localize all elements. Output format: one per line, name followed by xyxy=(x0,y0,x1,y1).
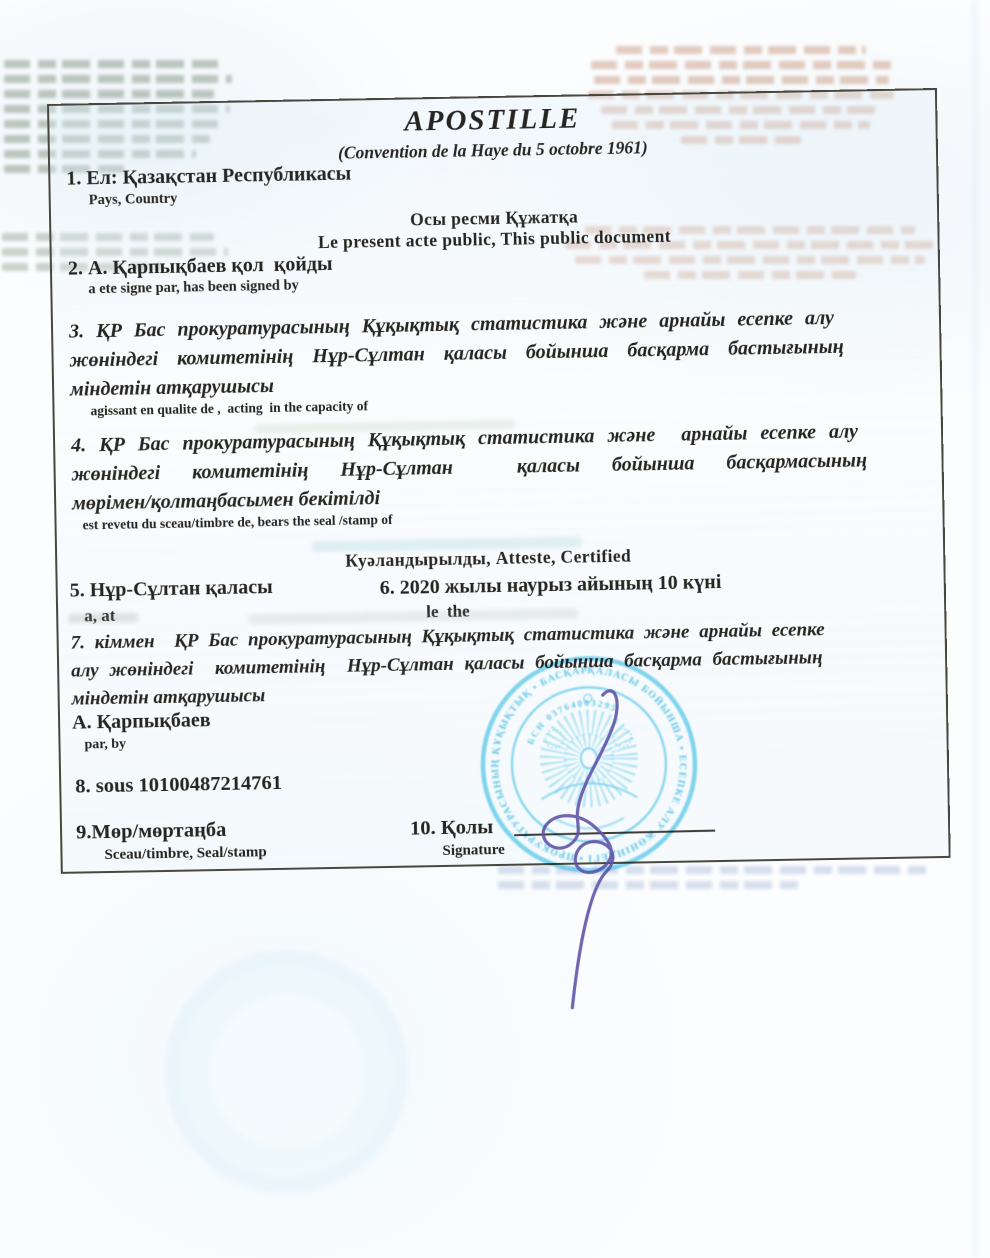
field-6-date: 6. 2020 жылы наурыз айының 10 күні xyxy=(380,571,722,600)
bleed-smudge xyxy=(68,612,138,623)
apostille-certificate-frame: APOSTILLE (Convention de la Haye du 5 oc… xyxy=(47,88,951,874)
field-2-caption: a ete signe par, has been signed by xyxy=(88,278,299,298)
field-2-signed-by: 2. А. Қарпықбаев қол қойды xyxy=(68,253,333,281)
scanner-streak xyxy=(972,0,978,1258)
field-8-number: 8. sous 10100487214761 xyxy=(75,772,282,799)
bleed-line xyxy=(594,76,889,84)
field-9-seal: 9.Мөр/мөртаңба xyxy=(76,819,227,845)
bleed-line xyxy=(4,60,224,68)
bleed-line xyxy=(4,90,214,98)
field-7-line-3: міндетін атқарушысы xyxy=(71,681,265,713)
handwritten-signature xyxy=(517,680,673,1013)
field-5-at-city: 5. Нұр-Сұлтан қаласы xyxy=(70,576,273,603)
bleed-line xyxy=(4,75,232,83)
bleed-line xyxy=(616,46,866,54)
field-1-caption: Pays, Country xyxy=(89,191,178,209)
field-9-caption: Sceau/timbre, Seal/stamp xyxy=(104,844,267,864)
bleedthrough-stamp-ghost xyxy=(165,950,408,1193)
signature-stroke xyxy=(541,691,623,1009)
bleed-line xyxy=(591,61,891,69)
field-7-officer-name: А. Қарпықбаев xyxy=(72,709,211,734)
field-1-country: 1. Ел: Қазақстан Республикасы xyxy=(66,163,351,191)
scanned-apostille-document: { "page": { "title": "APOSTILLE", "subti… xyxy=(0,0,990,1258)
field-7-caption: par, by xyxy=(84,737,126,754)
